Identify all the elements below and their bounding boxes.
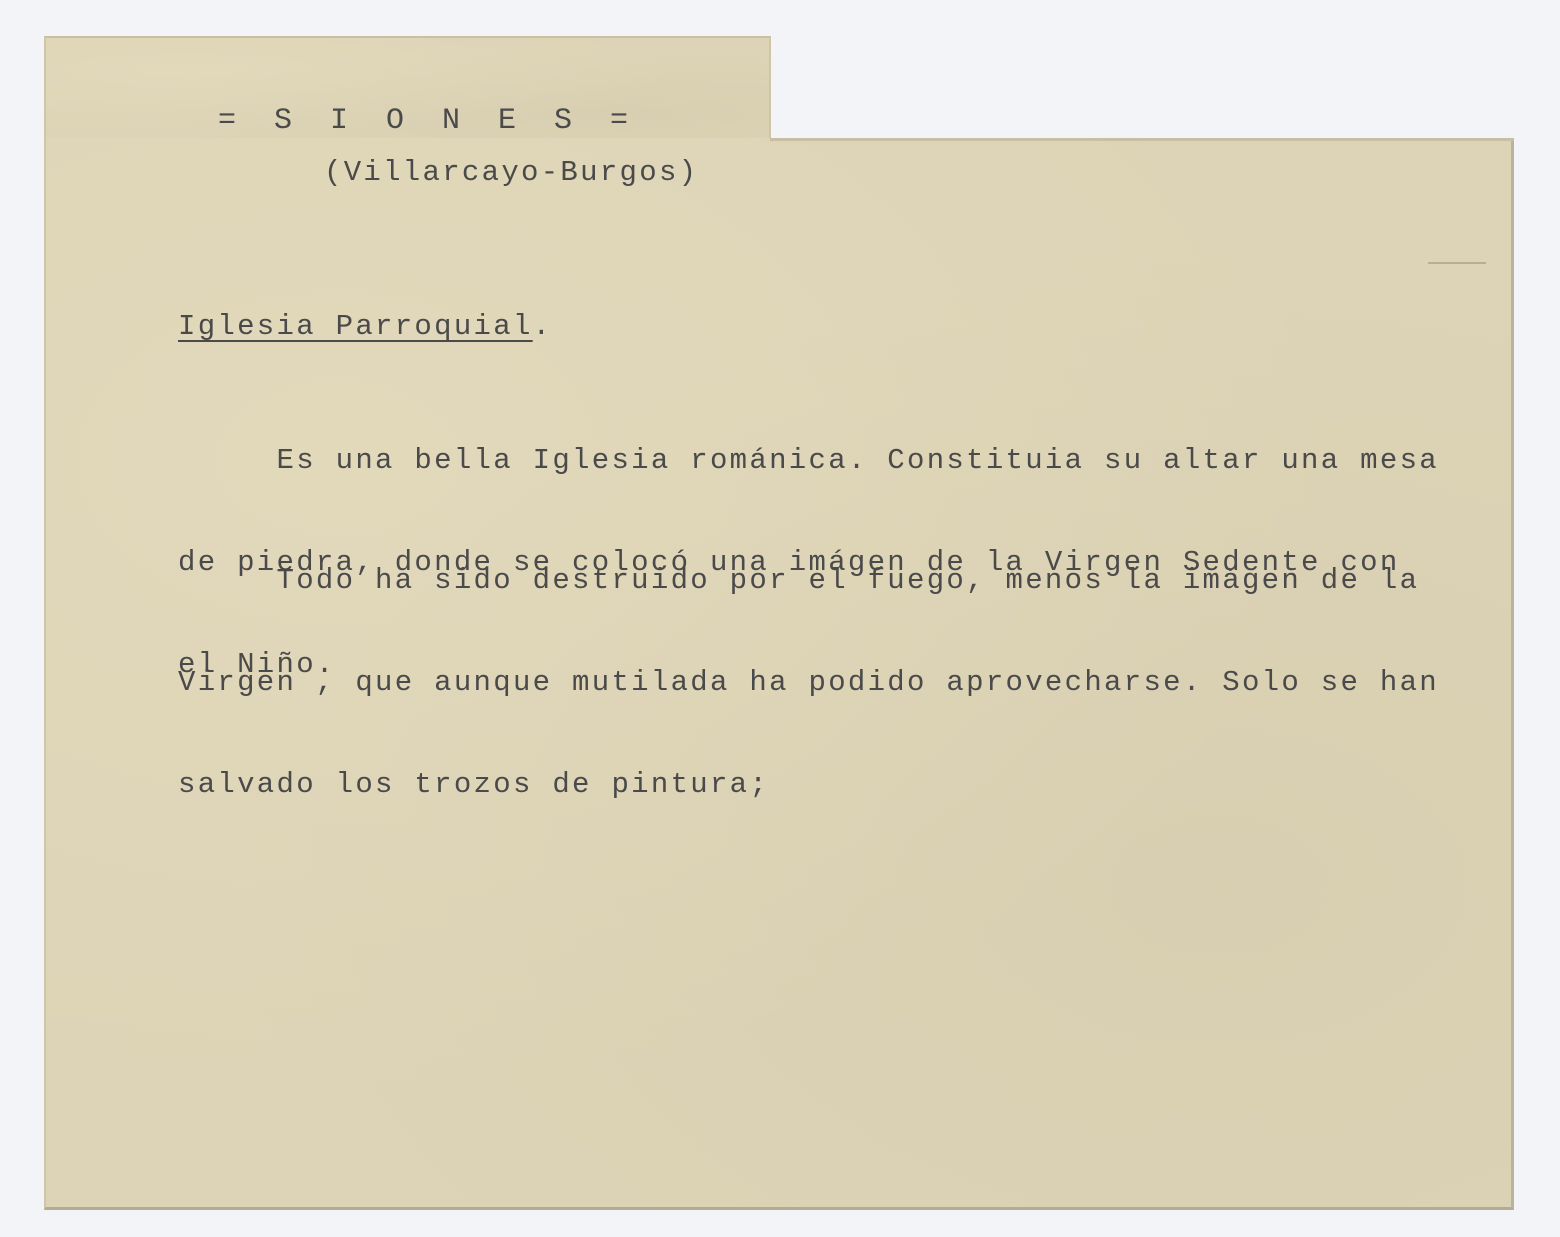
card-title: = S I O N E S =: [218, 104, 638, 138]
section-heading-period: .: [533, 310, 553, 343]
paragraph-line: Todo ha sido destruido por el fuego, men…: [178, 564, 1439, 598]
section-heading-text: Iglesia Parroquial: [178, 310, 533, 343]
paragraph-line: Virgen , que aunque mutilada ha podido a…: [178, 666, 1439, 700]
paragraph-2: Todo ha sido destruido por el fuego, men…: [178, 496, 1439, 836]
pencil-mark: [1428, 262, 1486, 264]
paragraph-line: salvado los trozos de pintura;: [178, 768, 1439, 802]
paragraph-line: Es una bella Iglesia románica. Constitui…: [178, 444, 1439, 478]
section-heading: Iglesia Parroquial.: [178, 310, 552, 344]
card-top-edge: [770, 138, 1514, 141]
card-subtitle: (Villarcayo-Burgos): [324, 156, 698, 190]
